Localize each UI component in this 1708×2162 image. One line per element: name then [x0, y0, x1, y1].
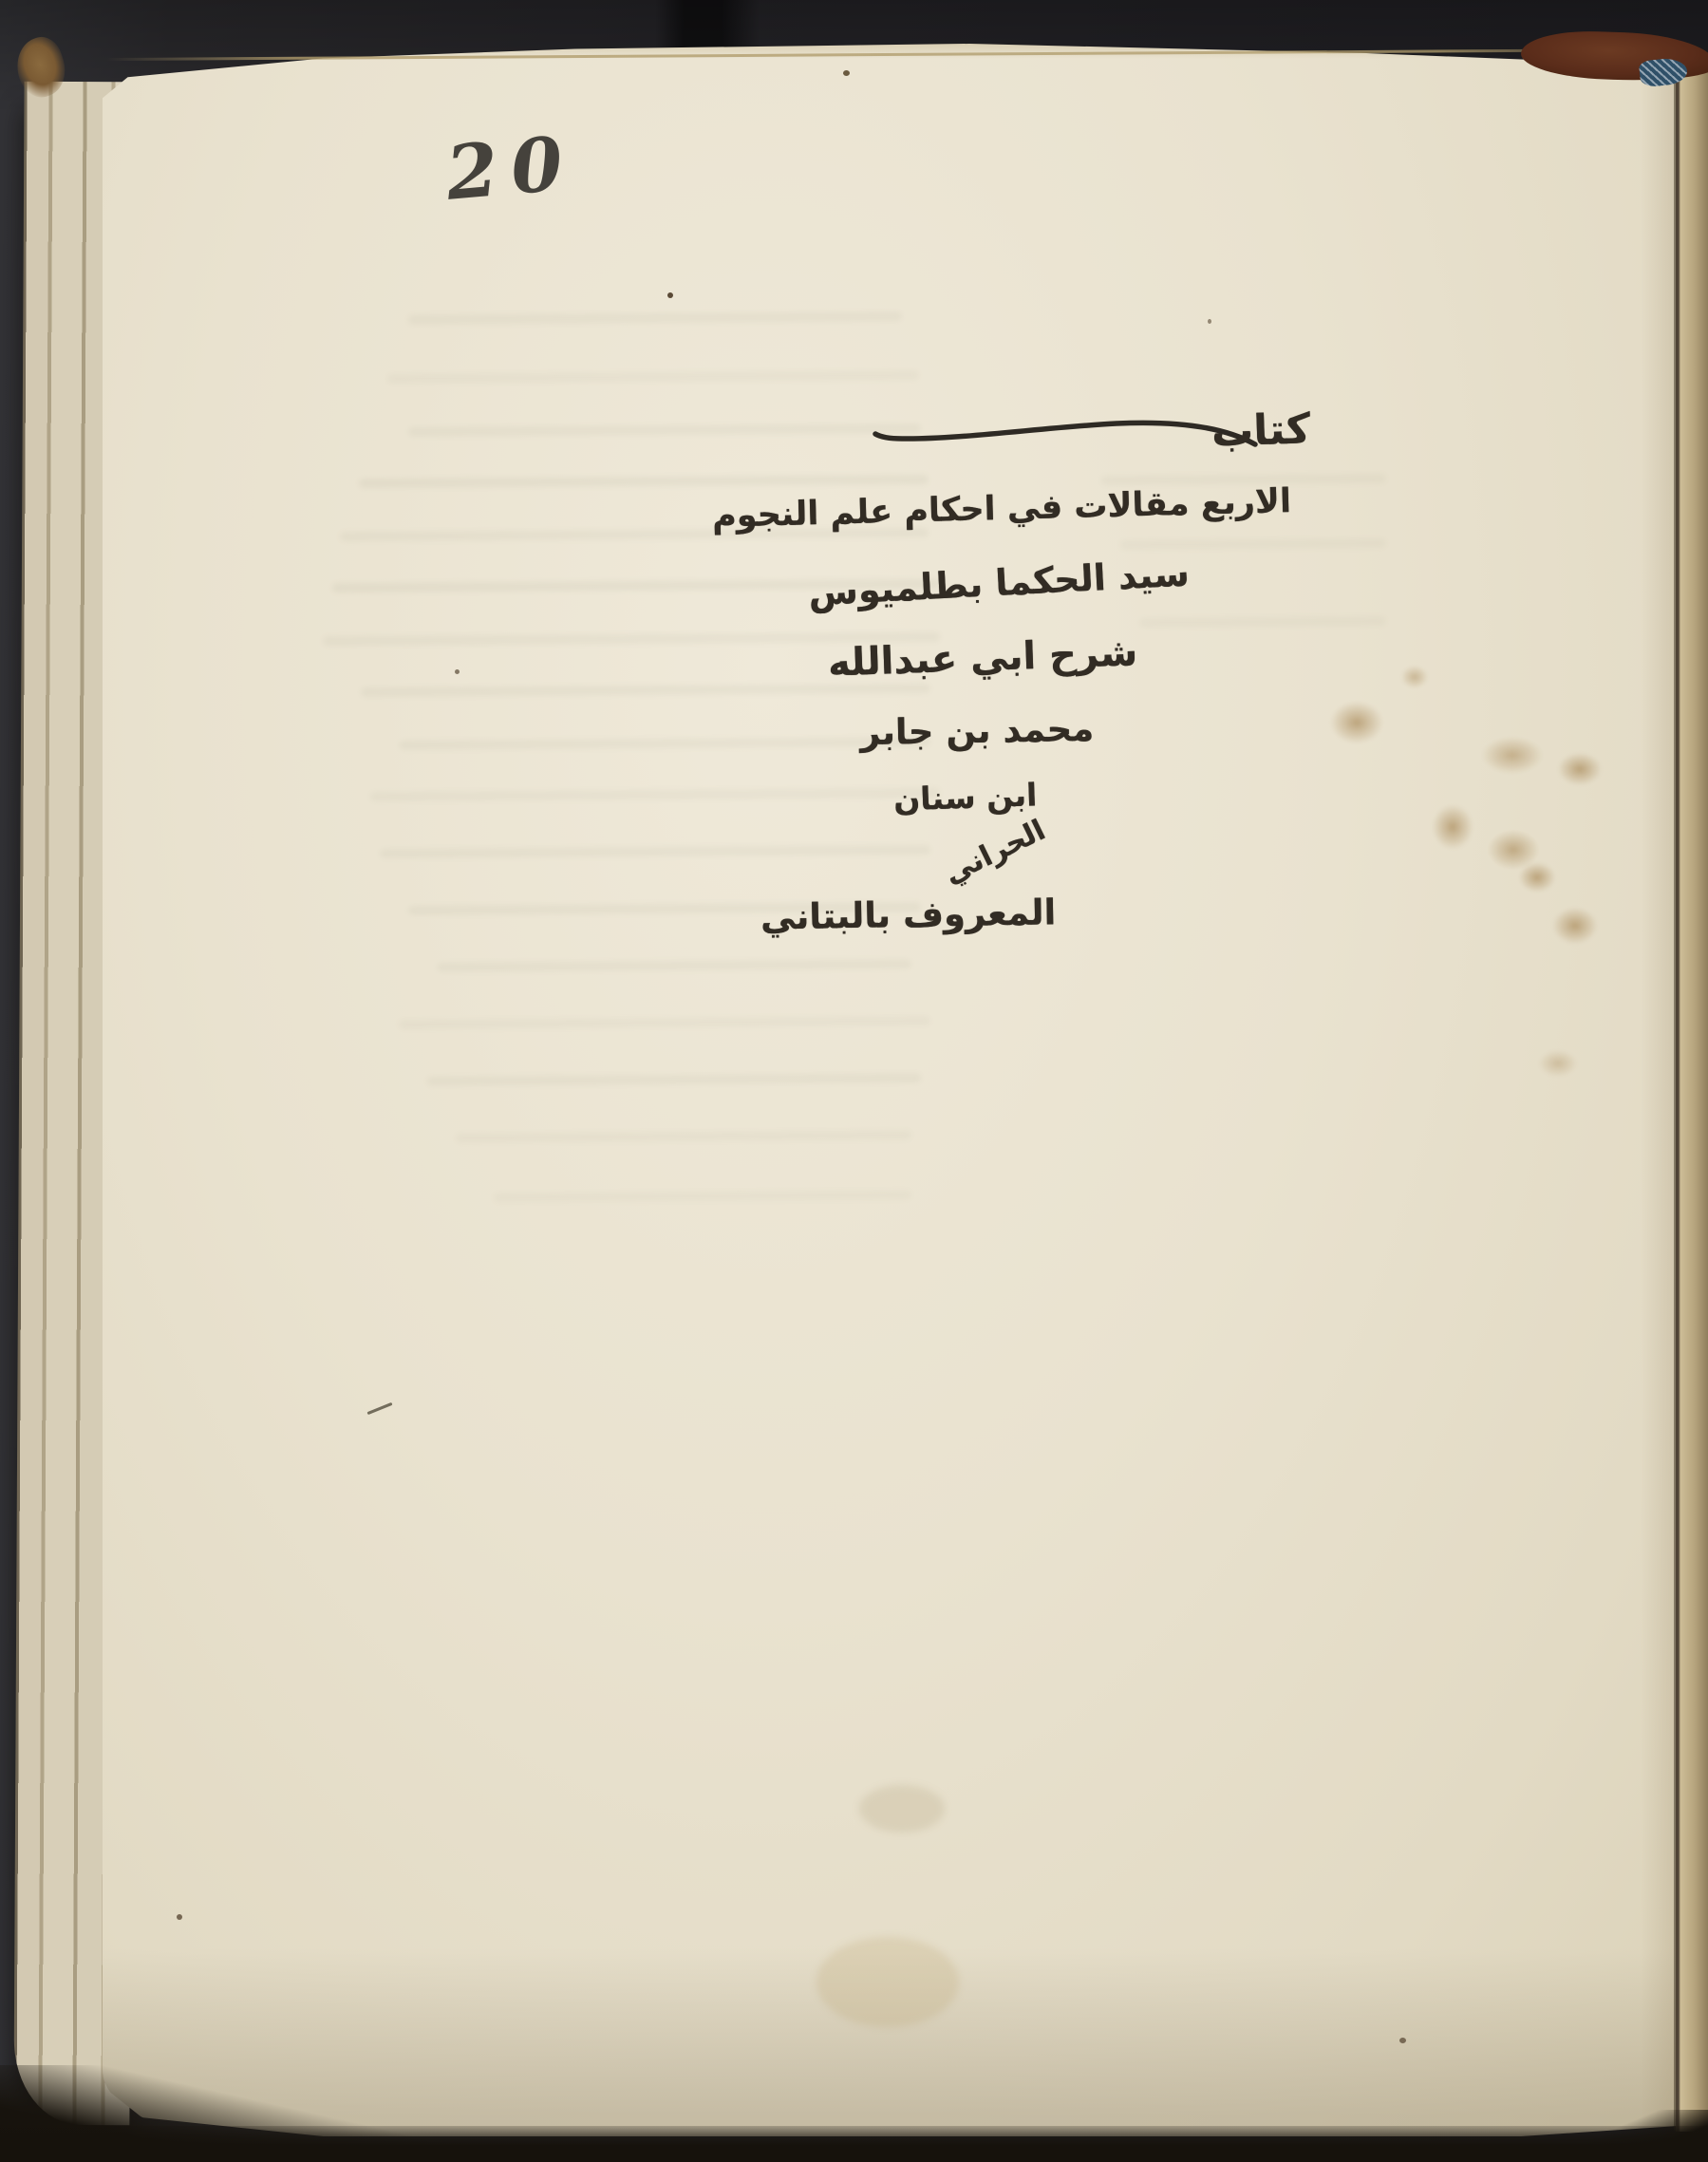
- foxing-stain: [1396, 661, 1434, 693]
- fore-edge-strip: [1676, 66, 1708, 2132]
- line-kitab: كتاب: [1211, 404, 1311, 457]
- foxing-stain: [1424, 796, 1481, 858]
- line-commentator: محمد بن جابر: [859, 708, 1094, 753]
- bleedthrough-line: [1139, 616, 1386, 628]
- ink-speck: [455, 669, 460, 674]
- kashida-stroke: [872, 414, 1259, 461]
- foxing-stain: [1530, 1044, 1586, 1082]
- ink-speck: [843, 70, 850, 76]
- line-patronymic: ابن سنان: [892, 776, 1038, 818]
- foxing-stain: [1320, 693, 1394, 752]
- bleedthrough-line: [1120, 538, 1386, 550]
- ink-speck: [1208, 319, 1211, 324]
- faint-stain: [859, 1785, 945, 1833]
- ink-speck: [177, 1914, 182, 1920]
- line-known-as: المعروف بالبتاني: [760, 892, 1056, 937]
- foxing-stain: [1544, 900, 1606, 951]
- ink-speck: [667, 292, 673, 298]
- foxing-stain: [1511, 856, 1563, 898]
- foxing-stain: [1549, 746, 1610, 792]
- book-bottom-shadow: [0, 2126, 1708, 2162]
- faint-stain: [816, 1937, 959, 2027]
- manuscript-scan: 20 كتاب الاربع مقالات في احكام علم النجو…: [0, 0, 1708, 2162]
- folio-number: 20: [442, 120, 579, 217]
- ink-speck: [1399, 2038, 1406, 2043]
- foxing-stain: [1470, 729, 1555, 781]
